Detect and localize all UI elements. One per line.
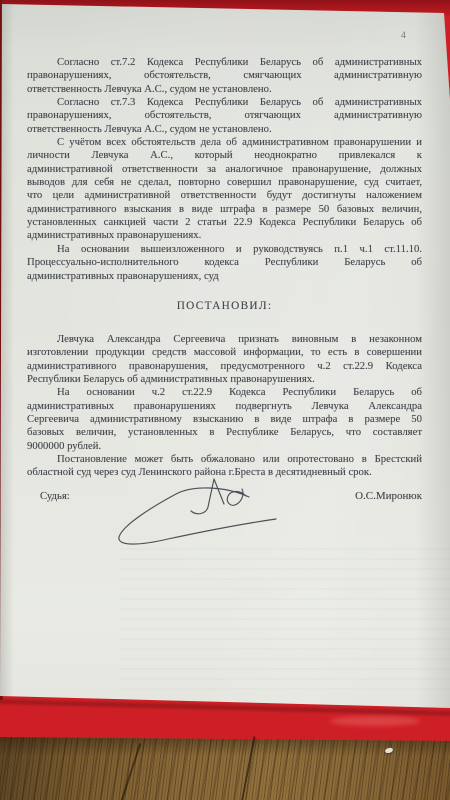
text-line: ответственность Левчука А.С., судом не у… bbox=[27, 83, 422, 96]
text-line: правонарушениях, обстоятельств, смягчающ… bbox=[27, 69, 422, 82]
text-line: Процессуально-исполнительного кодекса Ре… bbox=[27, 256, 422, 269]
paragraph: Согласно ст.7.2 Кодекса Республики Белар… bbox=[27, 56, 422, 96]
text-line: административного правонарушения, предус… bbox=[27, 360, 422, 373]
text-line: ответственность Левчука А.С., судом не у… bbox=[27, 123, 422, 136]
judge-name: О.С.Миронюк bbox=[355, 490, 422, 503]
paragraph: Левчука Александра Сергеевича признать в… bbox=[27, 333, 422, 386]
text-line: выводов для себя не сделал, повторно сов… bbox=[27, 176, 422, 189]
wood-floor bbox=[0, 730, 450, 800]
text-line: Левчука Александра Сергеевича признать в… bbox=[27, 333, 422, 346]
paragraph: На основании вышеизложенного и руководст… bbox=[27, 243, 422, 283]
text-line: Постановление может быть обжаловано или … bbox=[27, 453, 422, 466]
judge-label: Судья: bbox=[40, 490, 70, 503]
document-photo: 4 Согласно ст.7.2 Кодекса Республики Бел… bbox=[0, 0, 450, 800]
text-line: изготовлении продукции средств массовой … bbox=[27, 346, 422, 359]
text-line: Согласно ст.7.3 Кодекса Республики Белар… bbox=[27, 96, 422, 109]
text-line: административных правонарушениях. bbox=[27, 229, 422, 242]
judge-signature bbox=[90, 472, 290, 554]
paragraph: С учётом всех обстоятельств дела об адми… bbox=[27, 136, 422, 243]
text-line: Республики Беларусь об административных … bbox=[27, 373, 422, 386]
paragraph: На основании ч.2 ст.22.9 Кодекса Республ… bbox=[27, 386, 422, 453]
text-line: административной ответственности за анал… bbox=[27, 163, 422, 176]
folder-sheen bbox=[330, 716, 420, 726]
text-line: административных правонарушениях подверг… bbox=[27, 400, 422, 413]
paper-showthrough-streaks bbox=[120, 540, 450, 690]
text-line: установленных санкцией части 2 статьи 22… bbox=[27, 216, 422, 229]
text-line: базовых величин, установленных в Республ… bbox=[27, 426, 422, 439]
text-line: С учётом всех обстоятельств дела об адми… bbox=[27, 136, 422, 149]
text-line: На основании ч.2 ст.22.9 Кодекса Республ… bbox=[27, 386, 422, 399]
document-text: Согласно ст.7.2 Кодекса Республики Белар… bbox=[27, 56, 422, 503]
text-line: правонарушениях, обстоятельств, отягчающ… bbox=[27, 109, 422, 122]
text-line: личности Левчука А.С., который неоднокра… bbox=[27, 149, 422, 162]
text-line: Сергеевича административному взысканию в… bbox=[27, 413, 422, 426]
text-line: что цели административной ответственност… bbox=[27, 189, 422, 202]
text-line: административных правонарушениях, суд bbox=[27, 270, 422, 283]
text-line: 9000000 рублей. bbox=[27, 440, 422, 453]
paper-sheet: 4 Согласно ст.7.2 Кодекса Республики Бел… bbox=[0, 0, 450, 720]
text-line: На основании вышеизложенного и руководст… bbox=[27, 243, 422, 256]
text-line: административного взыскания в виде штраф… bbox=[27, 203, 422, 216]
resolution-heading: ПОСТАНОВИЛ: bbox=[27, 300, 422, 314]
text-line: Согласно ст.7.2 Кодекса Республики Белар… bbox=[27, 56, 422, 69]
paragraph: Согласно ст.7.3 Кодекса Республики Белар… bbox=[27, 96, 422, 136]
page-number: 4 bbox=[401, 31, 406, 41]
